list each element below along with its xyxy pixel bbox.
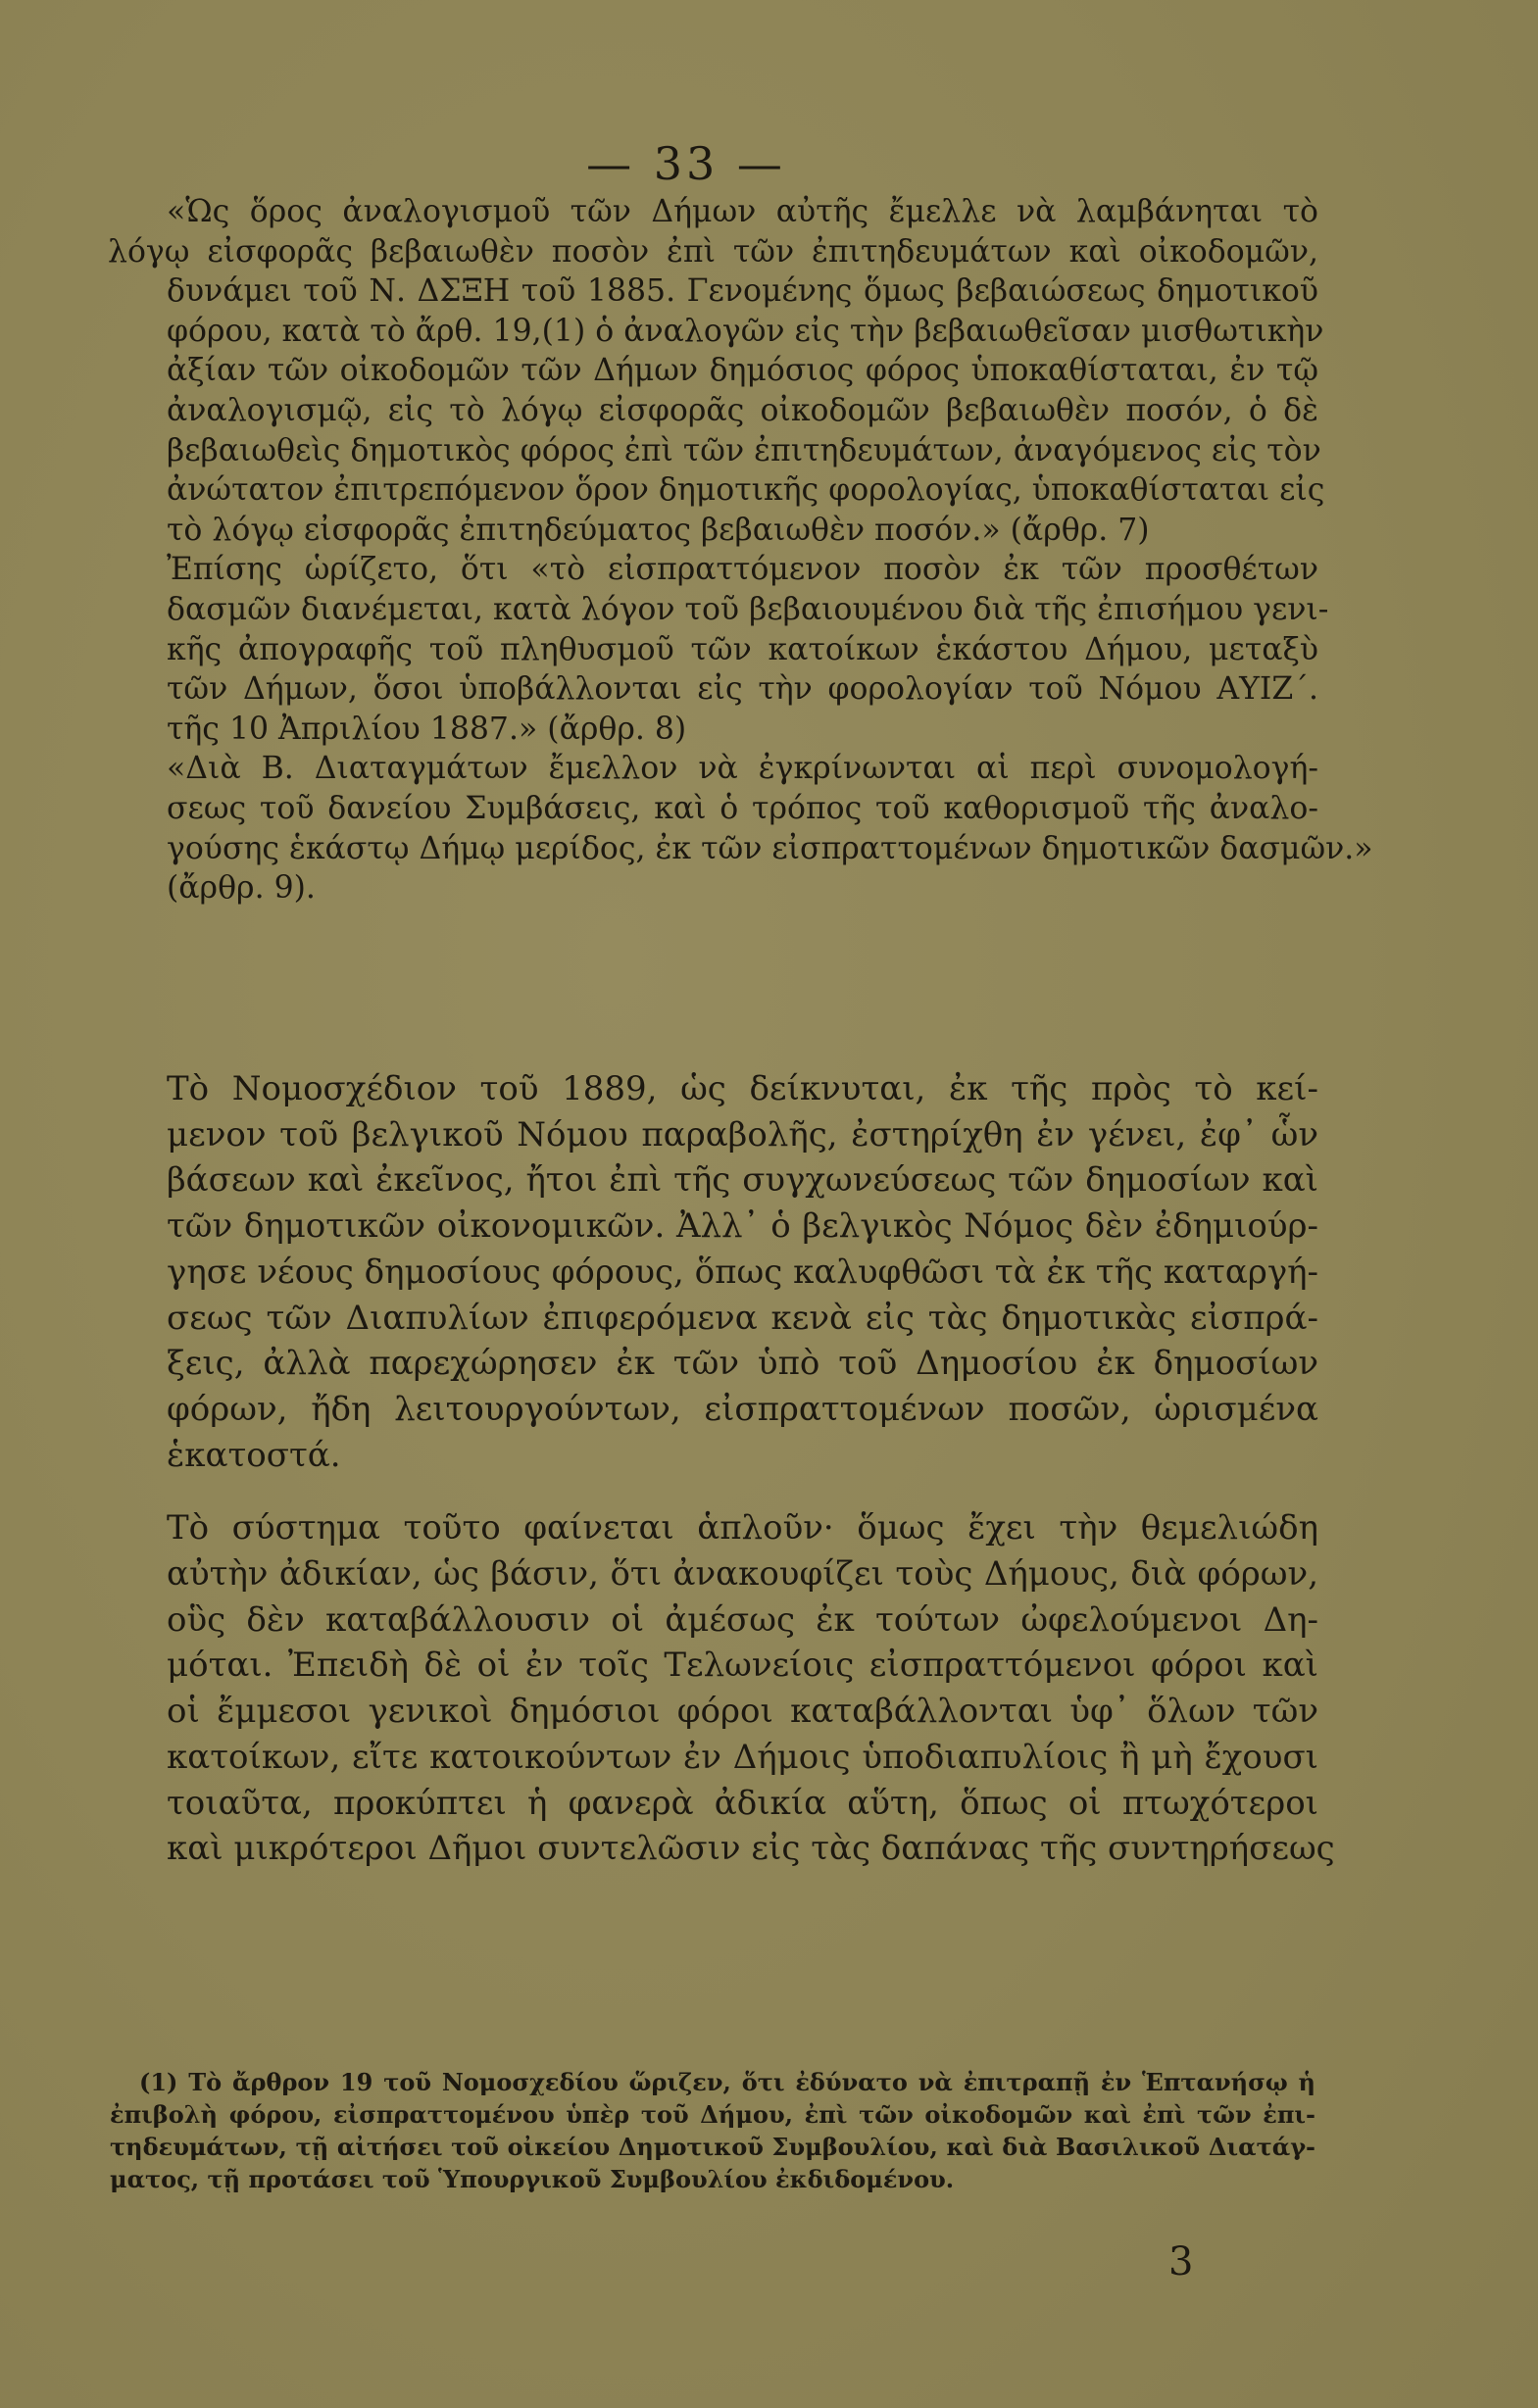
- text-line: Τὸ Νομοσχέδιον τοῦ 1889, ὡς δείκνυται, ἐ…: [108, 1066, 1318, 1112]
- text-line: Ἐπίσης ὡρίζετο, ὅτι «τὸ εἰσπραττόμενον π…: [108, 550, 1318, 590]
- text-line: ἀναλογισμῷ, εἰς τὸ λόγῳ εἰσφορᾶς οἰκοδομ…: [108, 391, 1318, 431]
- text-line: ἀξίαν τῶν οἰκοδομῶν τῶν Δήμων δημόσιος φ…: [108, 351, 1318, 391]
- text-line: ἑκατοστά.: [108, 1433, 1318, 1479]
- footnote-line: (1) Τὸ ἄρθρον 19 τοῦ Νομοσχεδίου ὥριζεν,…: [110, 2066, 1315, 2098]
- printer-signature-mark: 3: [1168, 2239, 1193, 2285]
- text-line: τῶν δημοτικῶν οἰκονομικῶν. Ἀλλ᾽ ὁ βελγικ…: [108, 1204, 1318, 1250]
- text-line: «Ὡς ὅρος ἀναλογισμοῦ τῶν Δήμων αὐτῆς ἔμε…: [108, 192, 1318, 232]
- paragraph-article-8: Ἐπίσης ὡρίζετο, ὅτι «τὸ εἰσπραττόμενον π…: [108, 550, 1318, 749]
- footnote-line: ματος, τῇ προτάσει τοῦ Ὑπουργικοῦ Συμβου…: [110, 2163, 1315, 2195]
- paragraph-system-injustice: Τὸ σύστημα τοῦτο φαίνεται ἁπλοῦν· ὅμως ἔ…: [108, 1505, 1318, 1872]
- text-line: βεβαιωθεὶς δημοτικὸς φόρος ἐπὶ τῶν ἐπιτη…: [108, 431, 1318, 471]
- paragraph-article-7: «Ὡς ὅρος ἀναλογισμοῦ τῶν Δήμων αὐτῆς ἔμε…: [108, 192, 1318, 550]
- text-line: «Διὰ Β. Διαταγμάτων ἔμελλον νὰ ἐγκρίνωντ…: [108, 749, 1318, 789]
- text-line: οὓς δὲν καταβάλλουσιν οἱ ἀμέσως ἐκ τούτω…: [108, 1597, 1318, 1644]
- text-line: μενον τοῦ βελγικοῦ Νόμου παραβολῆς, ἐστη…: [108, 1112, 1318, 1158]
- text-line: βάσεων καὶ ἐκεῖνος, ἤτοι ἐπὶ τῆς συγχωνε…: [108, 1157, 1318, 1204]
- text-line: γησε νέους δημοσίους φόρους, ὅπως καλυφθ…: [108, 1250, 1318, 1296]
- text-line: ξεις, ἀλλὰ παρεχώρησεν ἐκ τῶν ὑπὸ τοῦ Δη…: [108, 1341, 1318, 1387]
- text-line: (ἄρθρ. 9).: [108, 868, 1318, 909]
- text-line: φόρου, κατὰ τὸ ἄρθ. 19,(1) ὁ ἀναλογῶν εἰ…: [108, 312, 1318, 352]
- page-number: — 33 —: [0, 137, 1372, 190]
- footnote-line: τηδευμάτων, τῇ αἰτήσει τοῦ οἰκείου Δημοτ…: [110, 2131, 1315, 2163]
- paragraph-bill-1889: Τὸ Νομοσχέδιον τοῦ 1889, ὡς δείκνυται, ἐ…: [108, 1066, 1318, 1478]
- text-line: γούσης ἑκάστῳ Δήμῳ μερίδος, ἐκ τῶν εἰσπρ…: [108, 829, 1318, 869]
- paragraph-article-9: «Διὰ Β. Διαταγμάτων ἔμελλον νὰ ἐγκρίνωντ…: [108, 749, 1318, 908]
- body-text-upper: «Ὡς ὅρος ἀναλογισμοῦ τῶν Δήμων αὐτῆς ἔμε…: [108, 192, 1318, 909]
- text-line: αὐτὴν ἀδικίαν, ὡς βάσιν, ὅτι ἀνακουφίζει…: [108, 1551, 1318, 1597]
- text-line: φόρων, ἤδη λειτουργούντων, εἰσπραττομένω…: [108, 1387, 1318, 1433]
- footnote: (1) Τὸ ἄρθρον 19 τοῦ Νομοσχεδίου ὥριζεν,…: [110, 2066, 1315, 2195]
- text-line: τῆς 10 Ἀπριλίου 1887.» (ἄρθρ. 8): [108, 710, 1318, 750]
- footnote-line: ἐπιβολὴ φόρου, εἰσπραττομένου ὑπὲρ τοῦ Δ…: [110, 2098, 1315, 2131]
- text-line: δασμῶν διανέμεται, κατὰ λόγον τοῦ βεβαιο…: [108, 590, 1318, 630]
- text-line: κῆς ἀπογραφῆς τοῦ πληθυσμοῦ τῶν κατοίκων…: [108, 630, 1318, 670]
- text-line: σεως τοῦ δανείου Συμβάσεις, καὶ ὁ τρόπος…: [108, 789, 1318, 829]
- text-line: τοιαῦτα, προκύπτει ἡ φανερὰ ἀδικία αὕτη,…: [108, 1781, 1318, 1827]
- text-line: καὶ μικρότεροι Δῆμοι συντελῶσιν εἰς τὰς …: [108, 1826, 1318, 1872]
- text-line: τῶν Δήμων, ὅσοι ὑποβάλλονται εἰς τὴν φορ…: [108, 669, 1318, 710]
- text-line: οἱ ἔμμεσοι γενικοὶ δημόσιοι φόροι καταβά…: [108, 1689, 1318, 1735]
- text-line: τὸ λόγῳ εἰσφορᾶς ἐπιτηδεύματος βεβαιωθὲν…: [108, 511, 1318, 551]
- text-line: Τὸ σύστημα τοῦτο φαίνεται ἁπλοῦν· ὅμως ἔ…: [108, 1505, 1318, 1551]
- text-line: ἀνώτατον ἐπιτρεπόμενον ὅρον δημοτικῆς φο…: [108, 470, 1318, 511]
- text-line: μόται. Ἐπειδὴ δὲ οἱ ἐν τοῖς Τελωνείοις ε…: [108, 1643, 1318, 1689]
- text-line: κατοίκων, εἴτε κατοικούντων ἐν Δήμοις ὑπ…: [108, 1735, 1318, 1781]
- text-line: λόγῳ εἰσφορᾶς βεβαιωθὲν ποσὸν ἐπὶ τῶν ἐπ…: [108, 232, 1318, 272]
- text-line: δυνάμει τοῦ Ν. ΔΣΞΗ τοῦ 1885. Γενομένης …: [108, 271, 1318, 312]
- body-text-lower: Τὸ Νομοσχέδιον τοῦ 1889, ὡς δείκνυται, ἐ…: [108, 1066, 1318, 1872]
- text-line: σεως τῶν Διαπυλίων ἐπιφερόμενα κενὰ εἰς …: [108, 1296, 1318, 1342]
